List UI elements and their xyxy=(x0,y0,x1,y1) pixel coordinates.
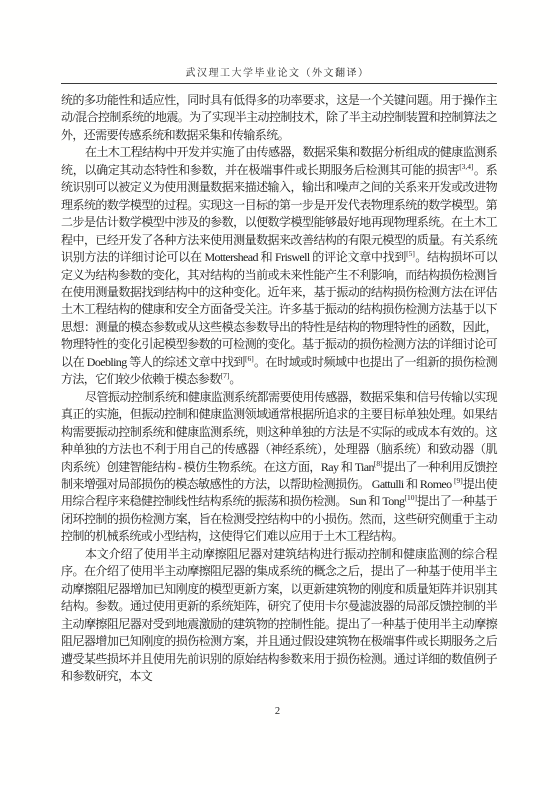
citation-marker: [7] xyxy=(221,371,230,380)
citation-marker: [5] xyxy=(406,249,415,258)
citation-marker: [8] xyxy=(374,459,383,468)
citation-marker: [10] xyxy=(404,493,417,502)
citation-marker: [3,4] xyxy=(459,162,473,171)
citation-marker: [6] xyxy=(245,354,254,363)
paragraph: 统的多功能性和适应性，同时具有低得多的功率要求，这是一个关键问题。用于操作主动/… xyxy=(61,92,497,144)
header-title: 武汉理工大学毕业论文（外文翻译） xyxy=(0,64,555,79)
page-footer: 2 xyxy=(0,706,555,717)
header-divider xyxy=(61,83,497,84)
document-page: 武汉理工大学毕业论文（外文翻译） 统的多功能性和适应性，同时具有低得多的功率要求… xyxy=(0,0,555,785)
citation-marker: [9] xyxy=(454,476,463,485)
paragraph: 尽管振动控制系统和健康监测系统都需要使用传感器，数据采集和信号传输以实现真正的实… xyxy=(61,389,497,546)
document-body: 统的多功能性和适应性，同时具有低得多的功率要求，这是一个关键问题。用于操作主动/… xyxy=(61,92,497,685)
paragraph: 在土木工程结构中开发并实施了由传感器，数据采集和数据分析组成的健康监测系统，以确… xyxy=(61,144,497,388)
paragraph: 本文介绍了使用半主动摩擦阻尼器对建筑结构进行振动控制和健康监测的综合程序。在介绍… xyxy=(61,546,497,686)
page-number: 2 xyxy=(275,706,280,717)
